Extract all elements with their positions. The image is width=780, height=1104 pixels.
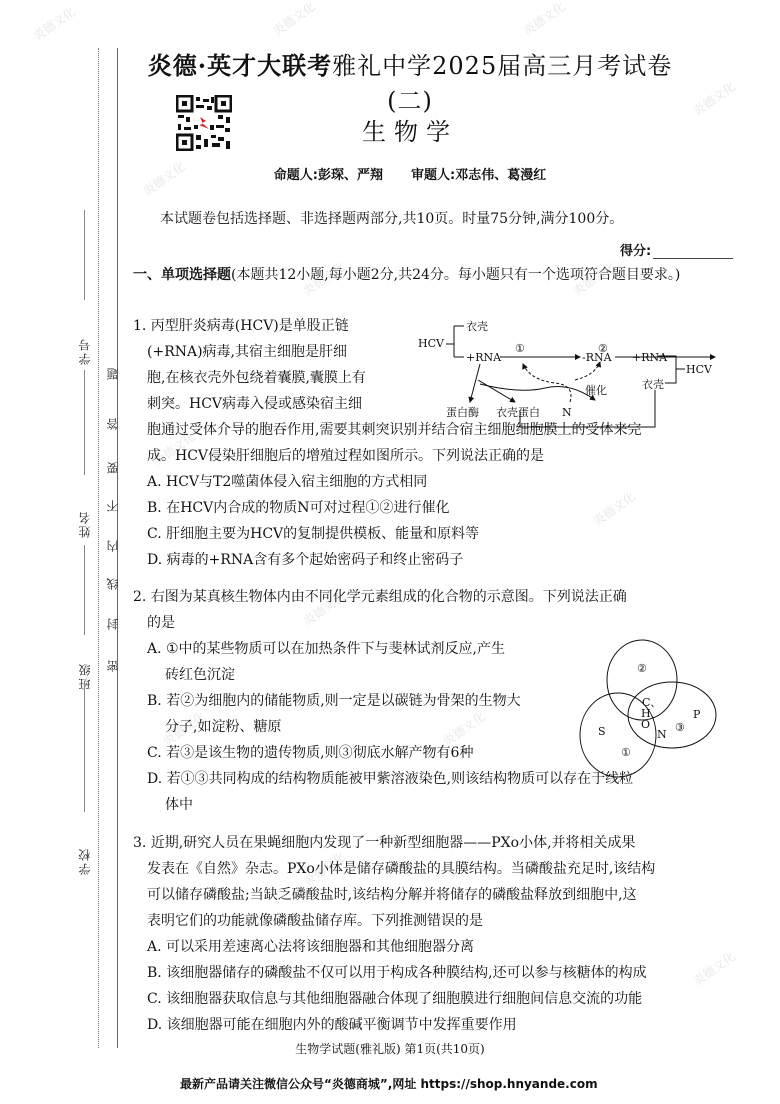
diagram-coat-protein: 衣壳蛋白 (496, 405, 540, 419)
qr-code-icon (176, 95, 232, 151)
promo-note: 最新产品请关注微信公众号“炎德商城”,网址 https://shop.hnyan… (180, 1075, 740, 1092)
section-title: 一、单项选择题 (133, 267, 231, 283)
school-underline (84, 682, 85, 812)
exam-name: 雅礼中学2025届高三月考试卷(二) (332, 52, 672, 115)
subject-title: 生物学 (300, 112, 520, 147)
seal-char: 不 (104, 500, 121, 512)
section-heading: 一、单项选择题(本题共12小题,每小题2分,共24分。每小题只有一个选项符合题目… (133, 262, 723, 288)
venn-o: O (641, 718, 650, 731)
diagram-protease: 蛋白酶 (446, 405, 479, 419)
diagram-step-1: ① (515, 342, 525, 355)
q2-option-d-cont: 体中 (133, 792, 723, 818)
q1-option-c: C. 肝细胞主要为HCV的复制提供模板、能量和原料等 (133, 521, 723, 547)
seal-char: 题 (104, 368, 121, 380)
diagram-coat-top: 衣壳 (466, 319, 488, 333)
q3-stem-line: 3. 近期,研究人员在果蝇细胞内发现了一种新型细胞器——PXo小体,并将相关成果 (133, 830, 723, 856)
diagram-n: N (562, 406, 572, 419)
diagram-plus-rna-1: +RNA (466, 351, 502, 364)
seal-char: 要 (104, 462, 121, 474)
exam-instructions: 本试题卷包括选择题、非选择题两部分,共10页。时量75分钟,满分100分。 (160, 208, 720, 228)
q2-stem-line: 2. 右图为某真核生物体内由不同化学元素组成的化合物的示意图。下列说法正确 (133, 584, 723, 610)
q1-stem-line: (+RNA)病毒,其宿主细胞是肝细 (133, 339, 437, 365)
page-footer: 生物学试题(雅礼版) 第1页(共10页) (180, 1040, 600, 1057)
diagram-catalysis: 催化 (585, 383, 607, 397)
venn-s: S (598, 725, 606, 738)
question-3: 3. 近期,研究人员在果蝇细胞内发现了一种新型细胞器——PXo小体,并将相关成果… (133, 830, 723, 1038)
diagram-coat-right: 衣壳 (642, 377, 664, 391)
q1-option-a: A. HCV与T2噬菌体侵入宿主细胞的方式相同 (133, 469, 723, 495)
authors-line: 命题人:彭琛、严翔审题人:邓志伟、葛漫红 (130, 164, 690, 183)
diagram-hcv-right: HCV (686, 363, 713, 376)
q1-stem-line: 1. 丙型肝炎病毒(HCV)是单股正链 (133, 313, 423, 339)
student-id-underline (84, 210, 85, 300)
seal-char: 答 (104, 418, 121, 430)
reviewers: 审题人:邓志伟、葛漫红 (411, 168, 546, 183)
venn-circle-3: ③ (675, 721, 685, 734)
student-id-label: 学号 (76, 305, 93, 365)
score-blank[interactable] (653, 258, 733, 259)
seal-char: 密 (104, 660, 121, 672)
venn-n: N (657, 728, 667, 741)
q3-option-c: C. 该细胞器获取信息与其他细胞器融合体现了细胞膜进行细胞间信息交流的功能 (133, 986, 723, 1012)
diagram-hcv-left: HCV (418, 337, 445, 350)
watermark: 炎德文化 (519, 0, 568, 39)
venn-circle-1: ① (621, 746, 631, 759)
seal-char: 线 (104, 578, 121, 590)
q3-option-b: B. 该细胞器储存的磷酸盐不仅可以用于构成各种膜结构,还可以参与核糖体的构成 (133, 960, 723, 986)
score-field: 得分: (620, 240, 733, 259)
watermark: 炎德文化 (29, 3, 78, 44)
watermark: 炎德文化 (269, 0, 318, 39)
score-label: 得分: (620, 244, 651, 259)
hcv-replication-diagram: HCV 衣壳 +RNA ① -RNA ② +RNA 催化 衣壳 HCV 蛋白酶 … (410, 310, 730, 440)
school-label: 学校 (76, 815, 93, 875)
name-label: 姓名 (76, 478, 93, 538)
diagram-step-2: ② (598, 342, 608, 355)
q1-stem-line: 成。HCV侵染肝细胞后的增殖过程如图所示。下列说法正确的是 (133, 443, 723, 469)
q3-stem-line: 发表在《自然》杂志。PXo小体是储存磷酸盐的具膜结构。当磷酸盐充足时,该结构 (133, 856, 723, 882)
name-underline (84, 370, 85, 475)
section-note: (本题共12小题,每小题2分,共24分。每小题只有一个选项符合题目要求。) (231, 267, 680, 283)
class-underline (84, 545, 85, 635)
seal-dotted-line (98, 48, 99, 1048)
q3-option-a: A. 可以采用差速离心法将该细胞器和其他细胞器分离 (133, 934, 723, 960)
watermark: 炎德文化 (689, 78, 738, 119)
seal-char: 内 (104, 540, 121, 552)
class-label: 班级 (76, 630, 93, 690)
exam-brand: 炎德·英才大联考 (148, 51, 332, 80)
q1-option-b: B. 在HCV内合成的物质N可对过程①②进行催化 (133, 495, 723, 521)
q3-stem-line: 表明它们的功能就像磷酸盐储存库。下列推测错误的是 (133, 908, 723, 934)
venn-p: P (693, 708, 701, 721)
venn-circle-2: ② (637, 662, 647, 675)
seal-char: 封 (104, 618, 121, 630)
q3-option-d: D. 该细胞器可能在细胞内外的酸碱平衡调节中发挥重要作用 (133, 1012, 723, 1038)
q3-stem-line: 可以储存磷酸盐;当缺乏磷酸盐时,该结构分解并将储存的磷酸盐释放到细胞中,这 (133, 882, 723, 908)
q1-stem-line: 胞,在核衣壳外包绕着囊膜,囊膜上有 (133, 365, 437, 391)
q1-option-d: D. 病毒的+RNA含有多个起始密码子和终止密码子 (133, 547, 723, 573)
q2-stem-line: 的是 (133, 610, 723, 636)
diagram-plus-rna-2: +RNA (632, 351, 668, 364)
venn-diagram: ② C、 H、 O S P N ③ ① (575, 635, 725, 785)
setters: 命题人:彭琛、严翔 (274, 168, 383, 183)
